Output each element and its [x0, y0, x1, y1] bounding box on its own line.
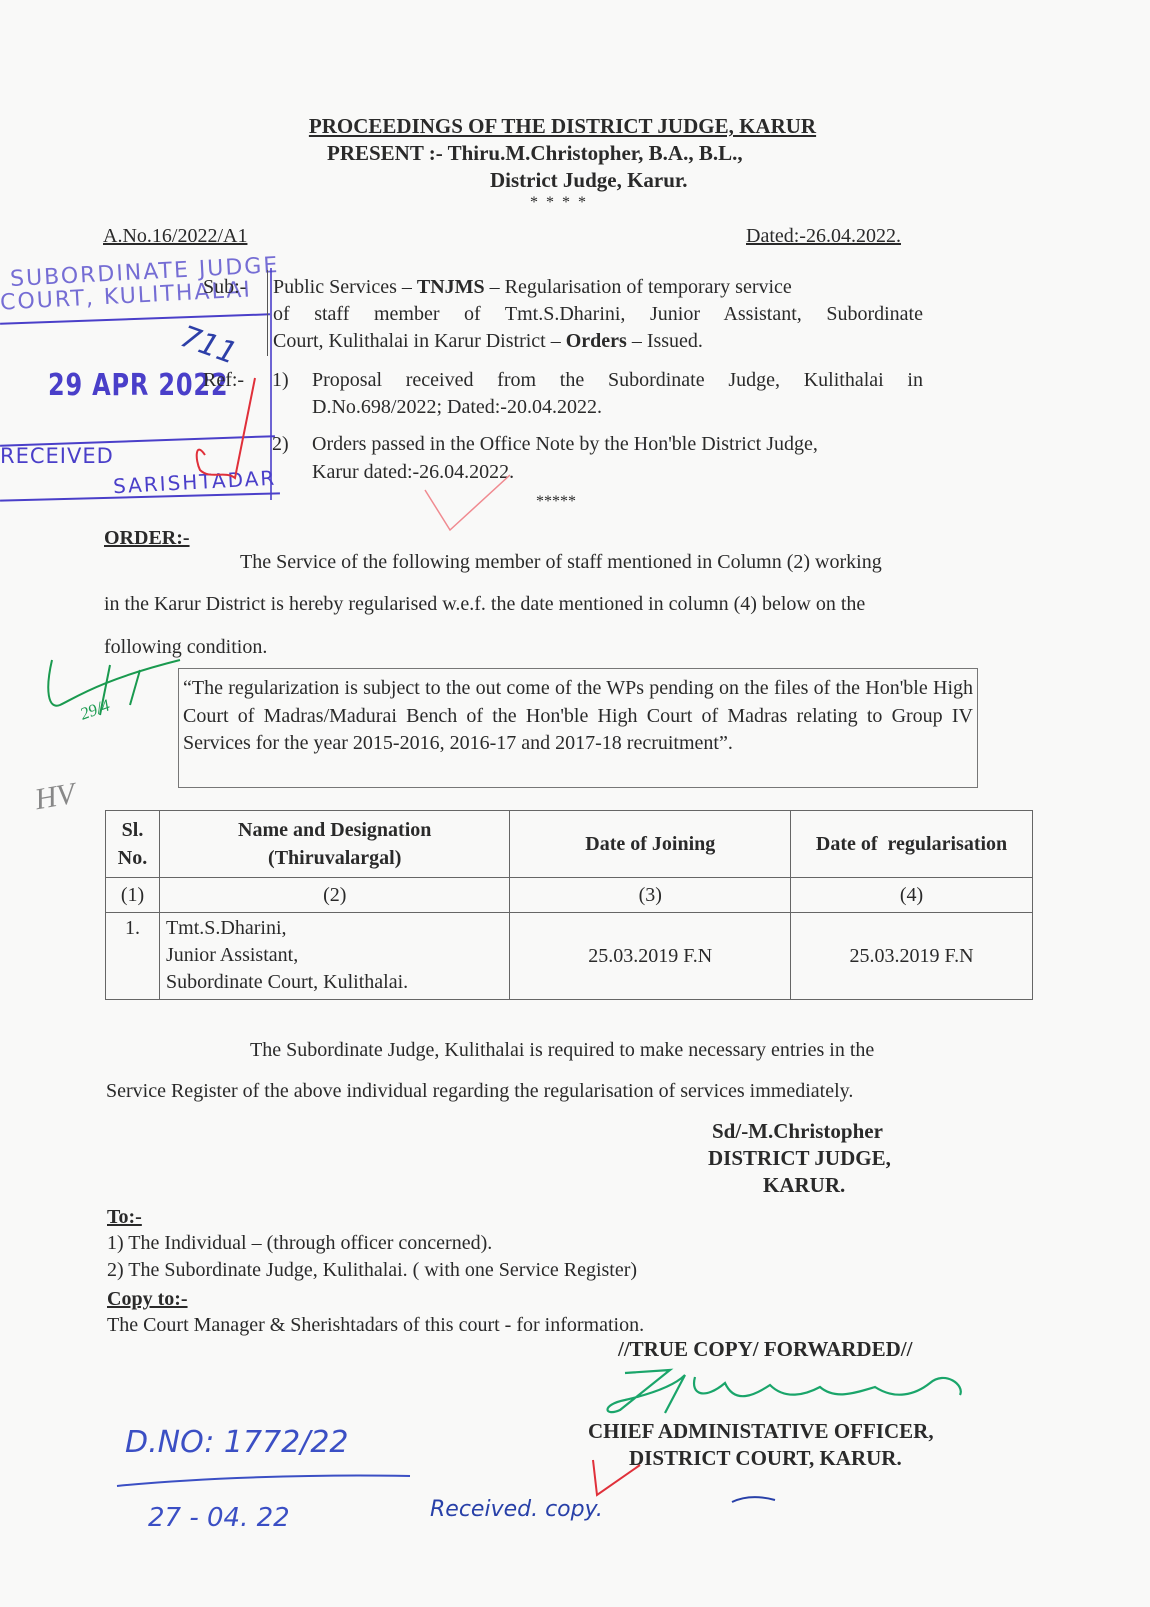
designation-line: District Judge, Karur. [490, 167, 688, 194]
subject-line-2: of staff member of Tmt.S.Dharini, Junior… [273, 300, 923, 328]
order-para-line-1: The Service of the following member of s… [240, 548, 1023, 576]
row-name-designation: Tmt.S.Dharini, Junior Assistant, Subordi… [159, 913, 510, 1000]
instruction-line-2: Service Register of the above individual… [106, 1077, 853, 1105]
officer-title: CHIEF ADMINISTATIVE OFFICER, [588, 1418, 934, 1445]
ref-1-line-1: Proposal received from the Subordinate J… [312, 366, 923, 394]
subject-label: Sub:- [203, 273, 246, 301]
table-column-number-row: (1) (2) (3) (4) [106, 878, 1033, 913]
subject-line-1: Public Services – TNJMS – Regularisation… [273, 273, 923, 301]
ref-separator: ***** [536, 493, 576, 511]
ref-1-line-2: D.No.698/2022; Dated:-20.04.2022. [312, 393, 602, 421]
subject-tnjms: TNJMS [417, 276, 485, 298]
document-title: PROCEEDINGS OF THE DISTRICT JUDGE, KARUR [250, 113, 875, 140]
row-date-of-joining: 25.03.2019 F.N [510, 913, 791, 1000]
officer-signature-icon [595, 1365, 975, 1420]
grey-initials: HV [32, 777, 77, 817]
header-name-designation: Name and Designation(Thiruvalargal) [159, 811, 510, 878]
header-separator: * * * * [530, 194, 588, 212]
stamp-received: RECEIVED [0, 444, 114, 468]
handwritten-received-copy: Received. copy. [430, 1497, 603, 1522]
copy-to-label: Copy to:- [107, 1285, 188, 1313]
row-date-of-regularisation: 25.03.2019 F.N [791, 913, 1033, 1000]
instruction-line-1: The Subordinate Judge, Kulithalai is req… [250, 1036, 1025, 1064]
officer-office: DISTRICT COURT, KARUR. [629, 1445, 902, 1472]
subject-orders: Orders [566, 330, 627, 352]
order-para-line-2: in the Karur District is hereby regulari… [104, 590, 1024, 618]
header-date-of-joining: Date of Joining [510, 811, 791, 878]
order-date: Dated:-26.04.2022. [746, 222, 901, 250]
table-row: 1. Tmt.S.Dharini, Junior Assistant, Subo… [106, 913, 1033, 1000]
condition-box: “The regularization is subject to the ou… [178, 668, 978, 788]
blue-dash-mark [730, 1490, 780, 1510]
red-check-icon [420, 470, 520, 540]
signature-title: DISTRICT JUDGE, [708, 1145, 891, 1172]
subject-line-3: Court, Kulithalai in Karur District – Or… [273, 327, 703, 355]
handwritten-dno: D.NO: 1772/22 [125, 1425, 349, 1460]
row-office: Subordinate Court, Kulithalai. [166, 969, 504, 996]
signature-sd: Sd/-M.Christopher [712, 1118, 883, 1145]
handwritten-underline [115, 1470, 415, 1490]
table-header-row: Sl.No. Name and Designation(Thiruvalarga… [106, 811, 1033, 878]
staff-table: Sl.No. Name and Designation(Thiruvalarga… [105, 810, 1033, 1000]
to-item-1: 1) The Individual – (through officer con… [107, 1229, 492, 1257]
header-sl-no: Sl.No. [106, 811, 160, 878]
ref-2-line-1: Orders passed in the Office Note by the … [312, 430, 923, 458]
row-name: Tmt.S.Dharini, [166, 915, 504, 942]
signature-place: KARUR. [763, 1172, 845, 1199]
handwritten-date: 27 - 04. 22 [148, 1503, 290, 1533]
to-label: To:- [107, 1203, 142, 1231]
red-tick-icon [190, 360, 310, 540]
copy-to-text: The Court Manager & Sherishtadars of thi… [107, 1311, 644, 1339]
present-line: PRESENT :- Thiru.M.Christopher, B.A., B.… [327, 140, 743, 167]
row-designation: Junior Assistant, [166, 942, 504, 969]
to-item-2: 2) The Subordinate Judge, Kulithalai. ( … [107, 1256, 637, 1284]
order-heading: ORDER:- [104, 524, 190, 552]
header-date-of-regularisation: Date of regularisation [791, 811, 1033, 878]
true-copy-label: //TRUE COPY/ FORWARDED// [618, 1336, 912, 1363]
row-sl-no: 1. [106, 913, 160, 1000]
file-number: A.No.16/2022/A1 [103, 222, 247, 250]
green-initials-icon [40, 650, 190, 725]
